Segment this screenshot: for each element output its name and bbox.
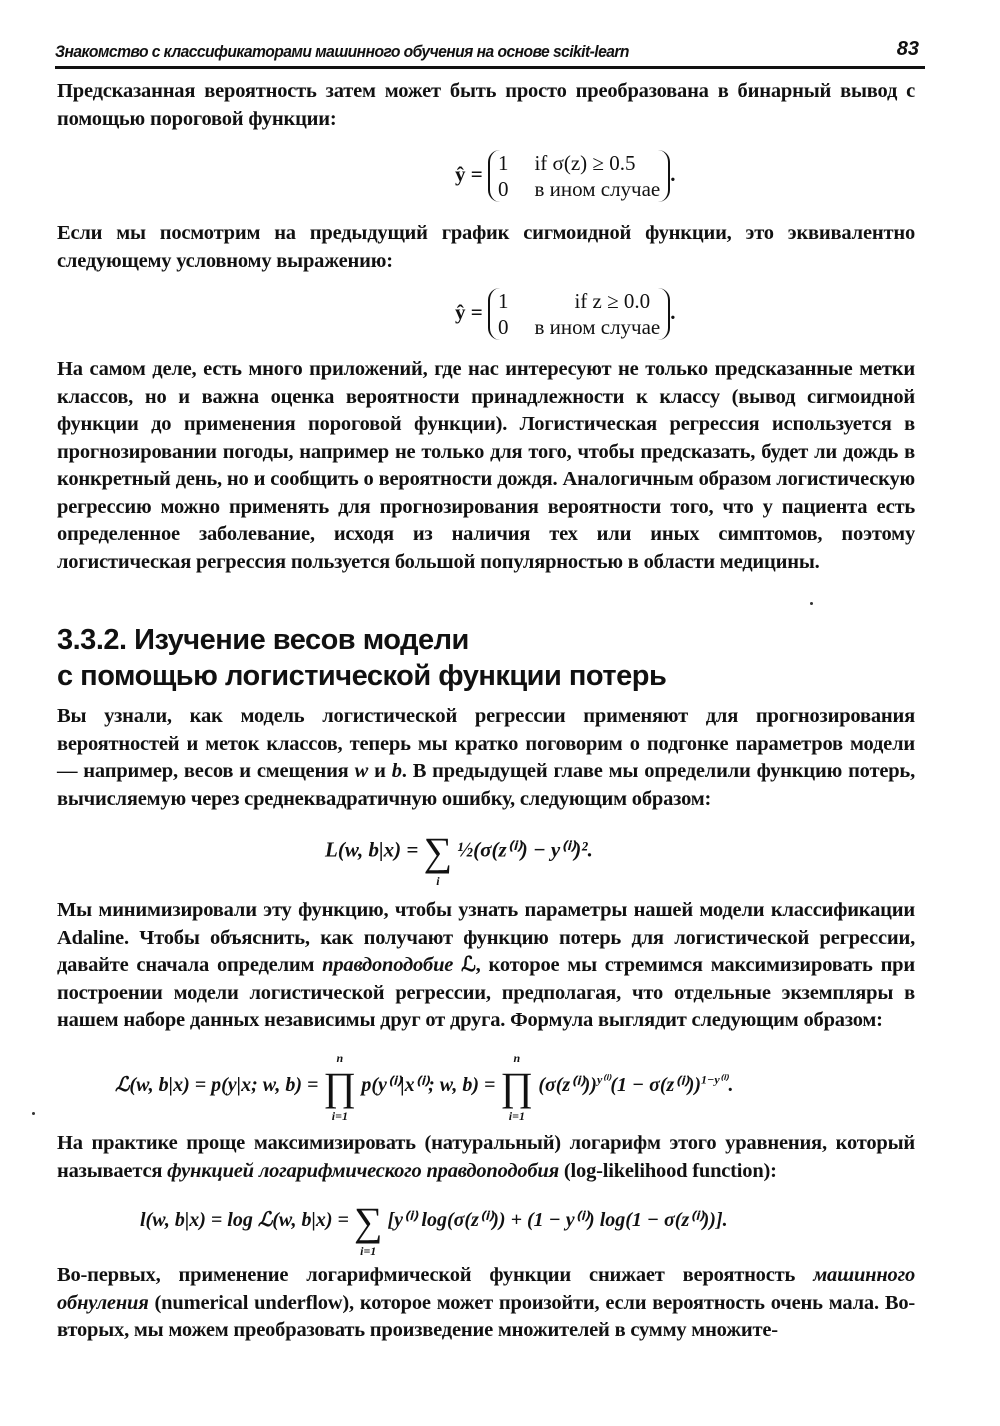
scan-speck [810, 602, 813, 605]
case-value: 1 [498, 288, 509, 314]
product-lower-limit: i=1 [509, 1109, 525, 1124]
case-condition: if σ(z) ≥ 0.5 [534, 150, 635, 176]
product-symbol: ∏ [500, 1064, 533, 1109]
book-page: Знакомство с классификаторами машинного … [0, 0, 1000, 1426]
paragraph-threshold-intro: Предсказанная вероятность затем может бы… [57, 78, 915, 133]
text-run: и [368, 760, 392, 782]
variable-b: b [392, 760, 402, 782]
product-lower-limit: i=1 [332, 1109, 348, 1124]
product-symbol: ∏ [323, 1064, 356, 1109]
formula-log-likelihood: l(w, b|x) = log ℒ(w, b|x) = ∑i=1 [y⁽ⁱ⁾ l… [140, 1198, 728, 1245]
section-heading-line-2: с помощью логистической функции потерь [57, 658, 666, 694]
product-upper-limit: n [337, 1051, 344, 1066]
running-header: Знакомство с классификаторами машинного … [55, 40, 925, 69]
formula-period: . [670, 162, 675, 186]
case-value: 1 [498, 150, 509, 176]
page-number: 83 [897, 38, 919, 61]
formula-middle: p(y⁽ⁱ⁾|x⁽ⁱ⁾; w, b) = [361, 1074, 495, 1096]
sum-operator: ∑i=1 [354, 1198, 383, 1245]
exponent: 1−y⁽ⁱ⁾ [701, 1072, 728, 1086]
formula-lhs: L(w, b|x) = [325, 837, 418, 861]
scan-speck [32, 1112, 35, 1115]
product-operator: n∏i=1 [323, 1063, 356, 1110]
sum-operator: ∑i [424, 828, 453, 875]
running-title: Знакомство с классификаторами машинного … [55, 42, 629, 62]
formula-threshold-sigma: ŷ = 1if σ(z) ≥ 0.5 0в ином случае . [455, 150, 676, 202]
exponent: y⁽ⁱ⁾ [597, 1072, 610, 1086]
paragraph-sigmoid-equivalent: Если мы посмотрим на предыдущий график с… [57, 220, 915, 275]
paragraph-applications: На самом деле, есть много приложений, гд… [57, 356, 915, 576]
formula-term: (σ(z⁽ⁱ⁾)) [538, 1074, 597, 1096]
formula-body: [y⁽ⁱ⁾ log(σ(z⁽ⁱ⁾)) + (1 − y⁽ⁱ⁾) log(1 − … [387, 1209, 727, 1231]
variable-w: w [355, 760, 368, 782]
formula-lhs: ŷ = [455, 162, 483, 186]
product-upper-limit: n [514, 1051, 521, 1066]
text-run: (numerical underflow), которое может про… [57, 1292, 915, 1342]
paragraph-log-likelihood-intro: На практике проще максимизировать (натур… [57, 1130, 915, 1185]
section-heading: 3.3.2. Изучение весов модели с помощью л… [57, 622, 666, 694]
formula-lhs: ŷ = [455, 300, 483, 324]
case-condition: if z ≥ 0.0 [534, 288, 650, 314]
formula-lhs: l(w, b|x) = log ℒ(w, b|x) = [140, 1209, 349, 1231]
formula-term: (1 − σ(z⁽ⁱ⁾)) [610, 1074, 701, 1096]
product-operator: n∏i=1 [500, 1063, 533, 1110]
formula-mse-loss: L(w, b|x) = ∑i ½(σ(z⁽ⁱ⁾) − y⁽ⁱ⁾)². [325, 828, 593, 875]
cases-bracket: 1if z ≥ 0.0 0в ином случае [488, 288, 670, 340]
case-value: 0 [498, 176, 509, 202]
section-heading-line-1: 3.3.2. Изучение весов модели [57, 622, 666, 658]
sum-symbol: ∑ [354, 1199, 383, 1244]
likelihood-symbol: ℒ [453, 954, 475, 976]
paragraph-log-benefits: Во-первых, применение логарифмической фу… [57, 1262, 915, 1345]
formula-threshold-z: ŷ = 1if z ≥ 0.0 0в ином случае . [455, 288, 676, 340]
paragraph-likelihood-intro: Мы минимизировали эту функцию, чтобы узн… [57, 897, 915, 1035]
formula-body: ½(σ(z⁽ⁱ⁾) − y⁽ⁱ⁾)². [457, 837, 592, 861]
sum-lower-limit: i=1 [360, 1244, 376, 1259]
formula-likelihood: ℒ(w, b|x) = p(y|x; w, b) = n∏i=1 p(y⁽ⁱ⁾|… [115, 1063, 733, 1110]
text-run: (log-likelihood function): [559, 1160, 777, 1182]
paragraph-model-weights: Вы узнали, как модель логистической регр… [57, 703, 915, 813]
formula-period: . [728, 1074, 733, 1096]
cases-bracket: 1if σ(z) ≥ 0.5 0в ином случае [488, 150, 670, 202]
case-value: 0 [498, 314, 509, 340]
term-log-likelihood: функцией логарифмического правдоподобия [167, 1160, 559, 1182]
case-condition: в ином случае [534, 314, 660, 340]
formula-period: . [670, 300, 675, 324]
term-likelihood: правдоподобие [322, 954, 453, 976]
text-run: Во-первых, применение логарифмической фу… [57, 1264, 813, 1286]
sum-symbol: ∑ [424, 829, 453, 874]
sum-lower-limit: i [436, 874, 439, 889]
formula-lhs: ℒ(w, b|x) = p(y|x; w, b) = [115, 1074, 318, 1096]
case-condition: в ином случае [534, 176, 660, 202]
